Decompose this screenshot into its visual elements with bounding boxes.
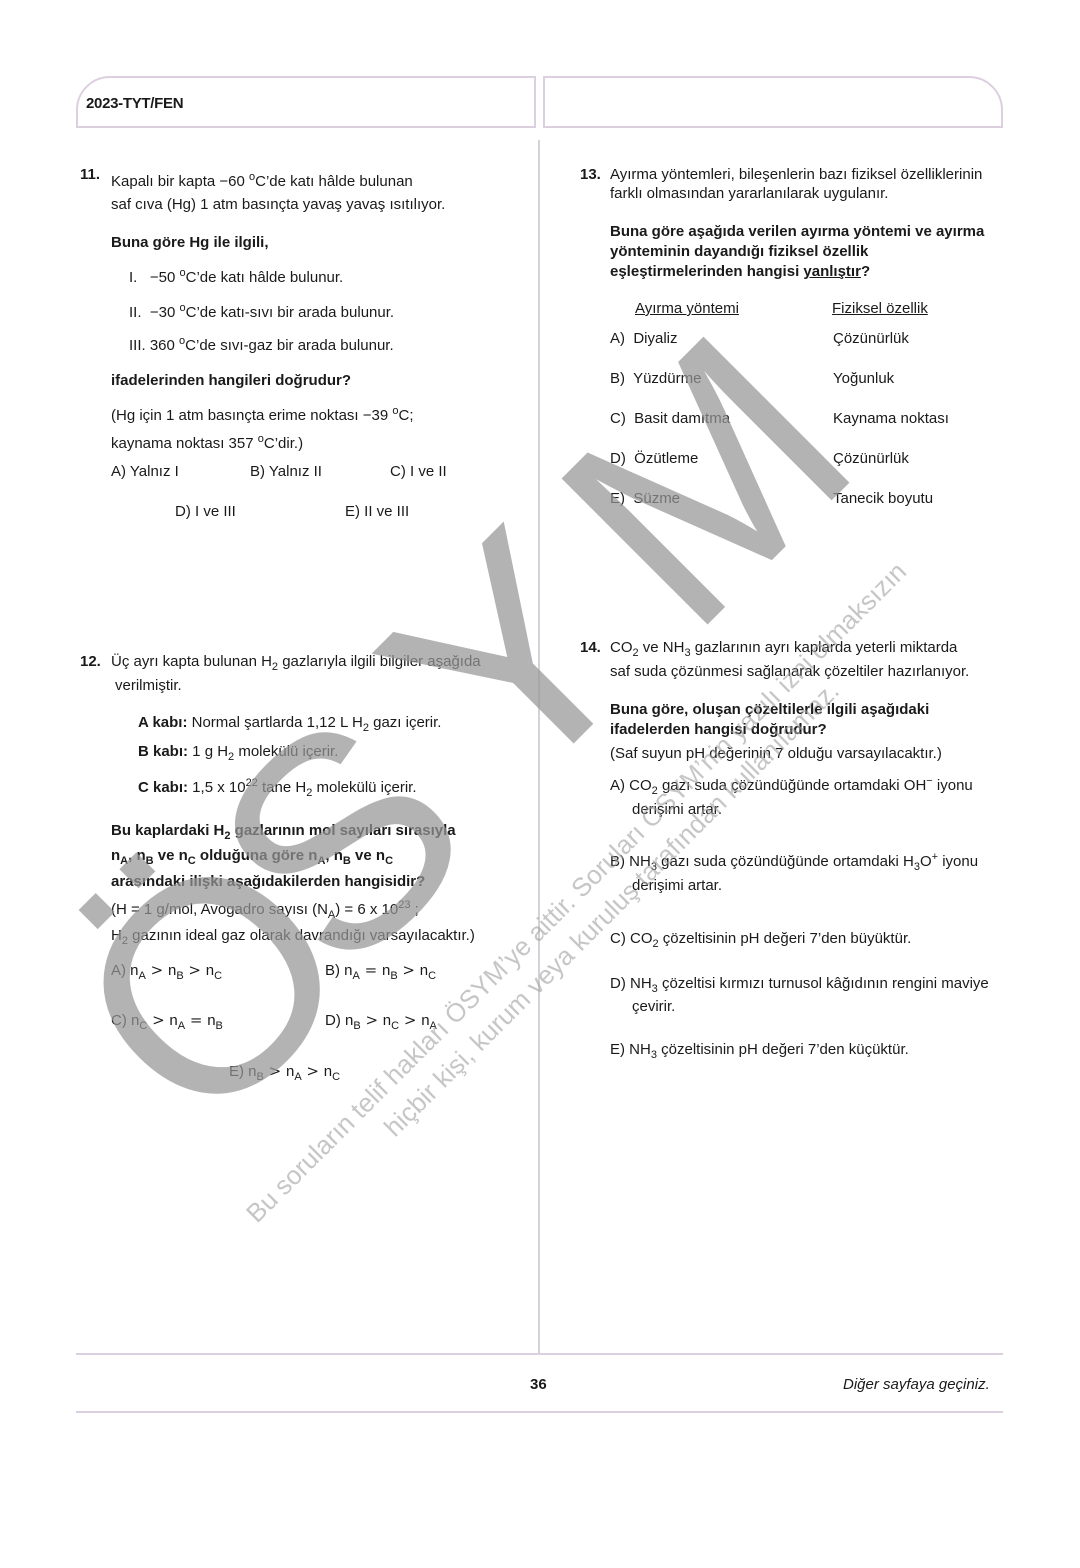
option-c[interactable]: C) I ve II xyxy=(390,462,447,482)
question-line: Buna göre, oluşan çözeltilerle ilgili aş… xyxy=(610,700,929,720)
option-b-line: B) NH3 gazı suda çözündüğünde ortamdaki … xyxy=(610,852,978,872)
option-e[interactable]: E) NH3 çözeltisinin pH değeri 7’den küçü… xyxy=(610,1040,909,1060)
container-a: A kabı: Normal şartlarda 1,12 L H2 gazı … xyxy=(138,713,441,733)
note-line: (Hg için 1 atm basınçta erime noktası −3… xyxy=(111,406,414,426)
option-b-line: derişimi artar. xyxy=(632,876,722,896)
stem-line: saf suda çözünmesi sağlanarak çözeltiler… xyxy=(610,662,969,682)
stem-line: farklı olmasından yararlanılarak uygulan… xyxy=(610,184,888,204)
question-line: nA, nB ve nC olduğuna göre nA, nB ve nC xyxy=(111,846,393,866)
stem-line: Üç ayrı kapta bulunan H2 gazlarıyla ilgi… xyxy=(111,652,481,672)
stem-line: saf cıva (Hg) 1 atm basınçta yavaş yavaş… xyxy=(111,195,445,215)
question-line: ifadelerden hangisi doğrudur? xyxy=(610,720,827,740)
option-d-property: Çözünürlük xyxy=(833,449,909,469)
question-number: 13. xyxy=(580,165,601,185)
question-number: 11. xyxy=(80,165,100,185)
question-number: 12. xyxy=(80,652,101,672)
page-number: 36 xyxy=(530,1376,547,1393)
question-number: 14. xyxy=(580,638,601,658)
stem-line: CO2 ve NH3 gazlarının ayrı kaplarda yete… xyxy=(610,638,957,658)
column-header-method: Ayırma yöntemi xyxy=(635,299,739,319)
option-a[interactable]: A) Diyaliz xyxy=(610,329,678,349)
exam-title: 2023-TYT/FEN xyxy=(86,95,183,112)
note-line: (Saf suyun pH değerinin 7 olduğu varsayı… xyxy=(610,744,942,764)
option-d[interactable]: D) nB > nC > nA xyxy=(325,1010,437,1031)
question-text: ifadelerinden hangileri doğrudur? xyxy=(111,371,351,391)
option-a[interactable]: A) Yalnız I xyxy=(111,462,179,482)
column-header-property: Fiziksel özellik xyxy=(832,299,928,319)
column-divider xyxy=(538,140,540,1353)
option-e[interactable]: E) nB > nA > nC xyxy=(229,1061,340,1082)
option-d[interactable]: D) Özütleme xyxy=(610,449,698,469)
option-e[interactable]: E) Süzme xyxy=(610,489,680,509)
option-a-line: A) CO2 gazı suda çözündüğünde ortamdaki … xyxy=(610,776,973,796)
statement-II: II. −30 oC’de katı-sıvı bir arada bulunu… xyxy=(129,303,394,323)
question-line: Bu kaplardaki H2 gazlarının mol sayıları… xyxy=(111,821,456,841)
footer-bottom-rule xyxy=(76,1411,1003,1413)
question-line: yönteminin dayandığı fiziksel özellik xyxy=(610,242,868,262)
question-line: eşleştirmelerinden hangisi yanlıştır? xyxy=(610,262,870,282)
option-c[interactable]: C) Basit damıtma xyxy=(610,409,730,429)
option-d[interactable]: D) I ve III xyxy=(175,502,236,522)
container-c: C kabı: 1,5 x 1022 tane H2 molekülü içer… xyxy=(138,778,417,798)
container-b: B kabı: 1 g H2 molekülü içerir. xyxy=(138,742,338,762)
option-b[interactable]: B) Yüzdürme xyxy=(610,369,701,389)
question-line: Buna göre aşağıda verilen ayırma yöntemi… xyxy=(610,222,984,242)
next-page-note: Diğer sayfaya geçiniz. xyxy=(843,1376,990,1393)
note-line: kaynama noktası 357 oC’dir.) xyxy=(111,434,303,454)
option-a-line: derişimi artar. xyxy=(632,800,722,820)
stem-line: Ayırma yöntemleri, bileşenlerin bazı fiz… xyxy=(610,165,982,185)
option-d-line: D) NH3 çözeltisi kırmızı turnusol kâğıdı… xyxy=(610,974,989,994)
option-b[interactable]: B) nA = nB > nC xyxy=(325,960,436,981)
option-b-property: Yoğunluk xyxy=(833,369,894,389)
lead-text: Buna göre Hg ile ilgili, xyxy=(111,233,269,253)
option-c-property: Kaynama noktası xyxy=(833,409,949,429)
option-d-line: çevirir. xyxy=(632,997,675,1017)
option-c[interactable]: C) nC > nA = nB xyxy=(111,1010,223,1031)
note-line: H2 gazının ideal gaz olarak davrandığı v… xyxy=(111,926,475,946)
stem-line: Kapalı bir kapta −60 oC’de katı hâlde bu… xyxy=(111,172,413,192)
option-c[interactable]: C) CO2 çözeltisinin pH değeri 7’den büyü… xyxy=(610,929,911,949)
stem-line: verilmiştir. xyxy=(115,676,182,696)
footer-top-rule xyxy=(76,1353,1003,1355)
option-e-property: Tanecik boyutu xyxy=(833,489,933,509)
option-a-property: Çözünürlük xyxy=(833,329,909,349)
question-line: arasındaki ilişki aşağıdakilerden hangis… xyxy=(111,872,425,892)
option-a[interactable]: A) nA > nB > nC xyxy=(111,960,222,981)
option-e[interactable]: E) II ve III xyxy=(345,502,409,522)
header-right-box xyxy=(543,76,1003,128)
statement-III: III. 360 oC’de sıvı-gaz bir arada bulunu… xyxy=(129,336,394,356)
note-line: (H = 1 g/mol, Avogadro sayısı (NA) = 6 x… xyxy=(111,900,419,920)
statement-I: I. −50 oC’de katı hâlde bulunur. xyxy=(129,268,343,288)
option-b[interactable]: B) Yalnız II xyxy=(250,462,322,482)
